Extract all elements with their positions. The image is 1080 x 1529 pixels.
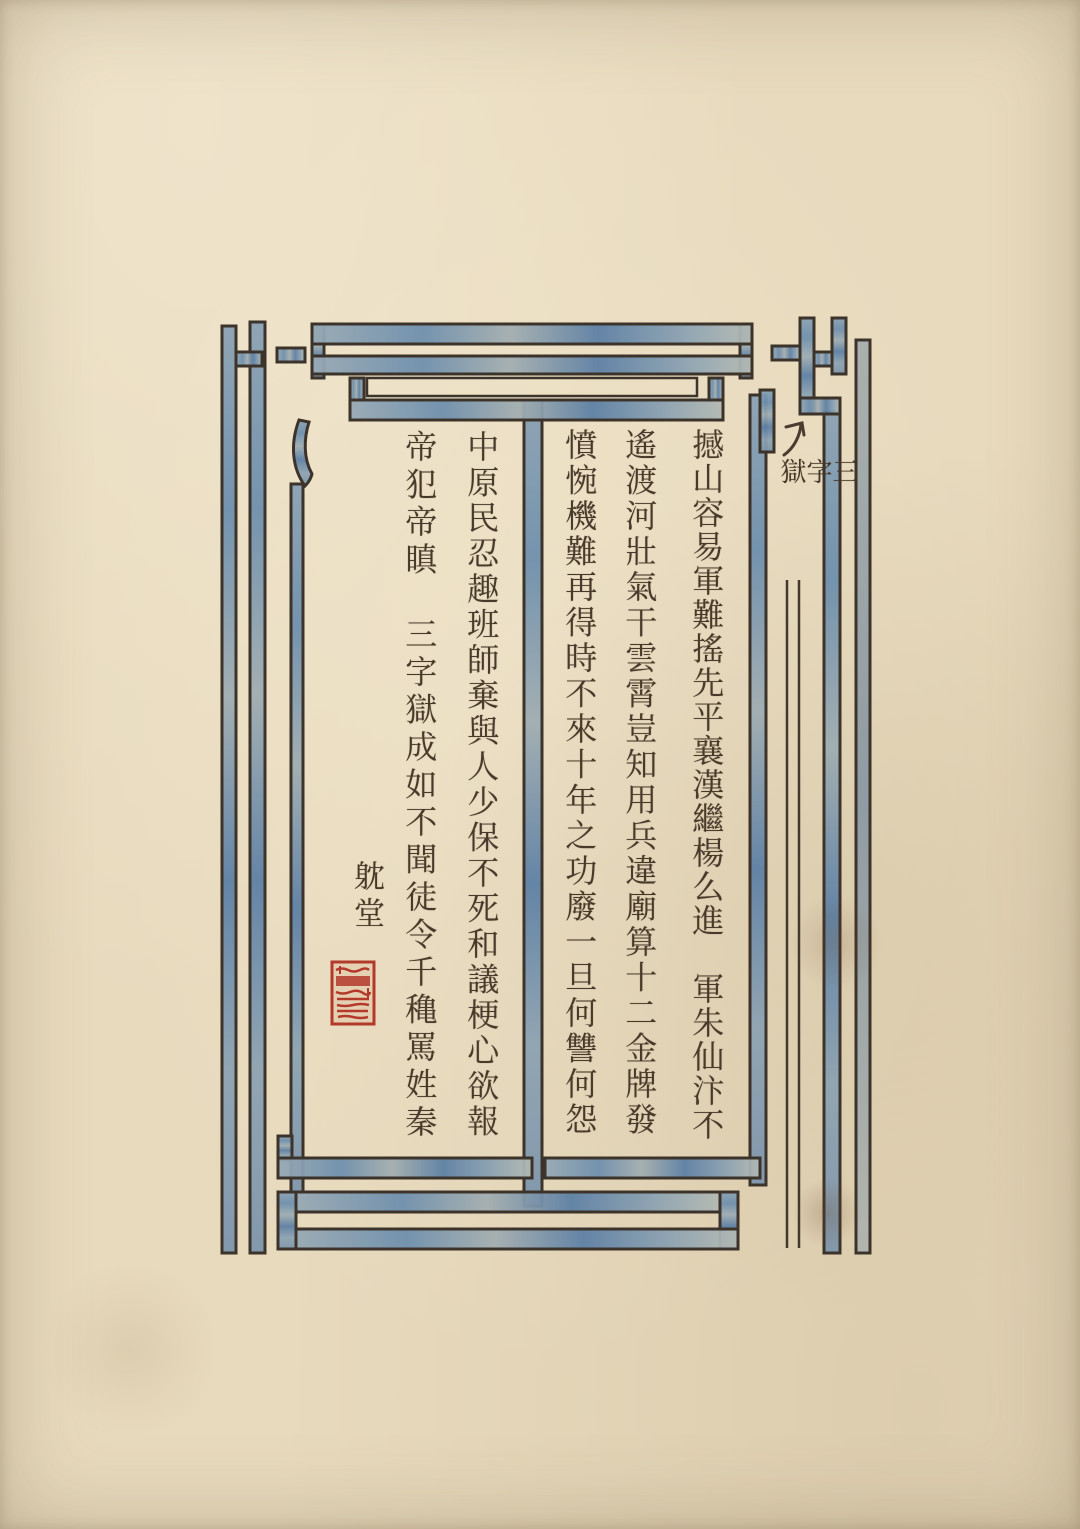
poem-column-4: 中原民忍趣班師棄與人少保不死和議梗心欲報 (463, 430, 498, 1140)
poem-column-2: 遙渡河壯氣干雲霄豈知用兵違廟算十二金牌發 (621, 428, 656, 1138)
manuscript-page: 三字獄 撼山容易軍難搖先平襄漢繼楊么進 軍朱仙汴不 遙渡河壯氣干雲霄豈知用兵違廟… (0, 0, 1080, 1529)
margin-title-text: 三字獄 (778, 458, 856, 494)
border-inner-line-rect (367, 378, 697, 396)
section-mark-icon (778, 420, 808, 458)
poem-column-1: 撼山容易軍難搖先平襄漢繼楊么進 軍朱仙汴不 (688, 428, 723, 1142)
red-seal-icon (328, 958, 380, 1030)
decorative-border (0, 0, 1080, 1529)
title-channel-lines (787, 580, 799, 1248)
border-gray-bar (856, 340, 870, 1253)
artist-signature: 躭堂 (351, 860, 382, 934)
poem-column-3: 憤惋機難再得時不來十年之功廢一旦何讐何怨 (561, 428, 596, 1138)
poem-column-5: 帝犯帝瞋 三字獄成如不聞徒令千穐罵姓秦 (401, 430, 436, 1143)
border-vertical-bars (222, 318, 846, 1253)
